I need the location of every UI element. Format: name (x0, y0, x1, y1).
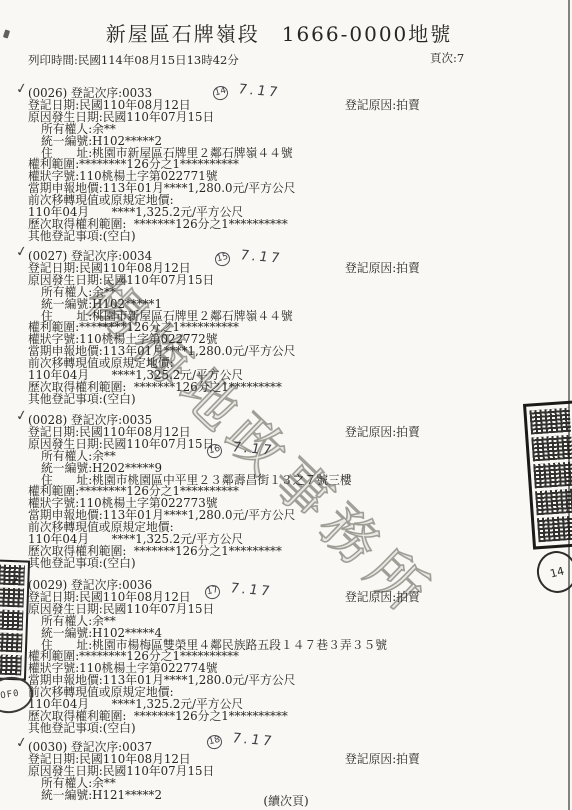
seal-glyph (0, 632, 23, 652)
handwritten-circled-number: 14 (212, 84, 230, 101)
registration-entry-0028: ✓ 16 7.17 登記原因:拍賣 (0028) 登記次序:0035 登記日期:… (28, 415, 553, 570)
handwritten-annotation: 17 7.17 (205, 585, 273, 599)
left-edge-seal-stamp (0, 559, 30, 680)
other-items: 其他登記事項:(空白) (28, 394, 553, 406)
seal-glyph (0, 610, 23, 630)
handwritten-date: 7.17 (231, 442, 276, 457)
handwritten-circled-number: 18 (206, 733, 224, 750)
registration-entry-0029: ✓ 17 7.17 登記原因:拍賣 (0029) 登記次序:0036 登記日期:… (28, 580, 553, 735)
handwritten-annotation: 16 7.17 (207, 444, 275, 458)
handwritten-circled-number: 16 (206, 442, 224, 459)
seal-glyph (0, 655, 22, 675)
checkmark-annotation: ✓ (15, 410, 29, 424)
registration-reason: 登記原因:拍賣 (345, 754, 420, 766)
checkmark-annotation: ✓ (15, 737, 29, 751)
checkmark-annotation: ✓ (15, 246, 29, 260)
registration-reason: 登記原因:拍賣 (345, 100, 420, 112)
handwritten-date: 7.17 (237, 84, 282, 99)
seal-glyph (535, 489, 572, 516)
print-time: 列印時間:民國114年08月15日13時42分 (28, 52, 239, 68)
page-title: 新屋區石牌嶺段 1666-0000地號 (0, 18, 558, 47)
registration-reason: 登記原因:拍賣 (345, 427, 420, 439)
registration-entry-0027: ✓ 15 7.17 登記原因:拍賣 (0027) 登記次序:0034 登記日期:… (28, 251, 553, 406)
seal-glyph (531, 435, 572, 462)
handwritten-annotation: 14 7.17 (213, 86, 281, 100)
handwritten-circled-number: 17 (204, 583, 222, 600)
other-items: 其他登記事項:(空白) (28, 558, 553, 570)
continued-next-page: (續次頁) (0, 792, 572, 809)
scanned-land-register-page: 新屋區石牌嶺段 1666-0000地號 列印時間:民國114年08月15日13時… (0, 0, 572, 810)
registration-reason: 登記原因:拍賣 (345, 592, 420, 604)
seal-glyph (533, 462, 572, 489)
registration-entry-0026: ✓ 14 7.17 登記原因:拍賣 (0026) 登記次序:0033 登記日期:… (28, 88, 553, 243)
handwritten-date: 7.17 (239, 250, 284, 265)
registration-reason: 登記原因:拍賣 (345, 263, 420, 275)
seal-glyph (0, 587, 24, 607)
other-items: 其他登記事項:(空白) (28, 231, 553, 243)
handwritten-date: 7.17 (231, 733, 276, 748)
seal-glyph (0, 565, 25, 585)
handwritten-annotation: 18 7.17 (207, 735, 275, 749)
handwritten-annotation: 15 7.17 (215, 252, 283, 266)
other-items: 其他登記事項:(空白) (28, 723, 553, 735)
seal-glyph (529, 408, 571, 435)
handwritten-circled-number: 15 (214, 250, 232, 267)
page-number: 頁次:7 (430, 50, 464, 66)
checkmark-annotation: ✓ (15, 83, 29, 97)
seal-glyph (537, 516, 572, 543)
handwritten-date: 7.17 (229, 583, 274, 598)
